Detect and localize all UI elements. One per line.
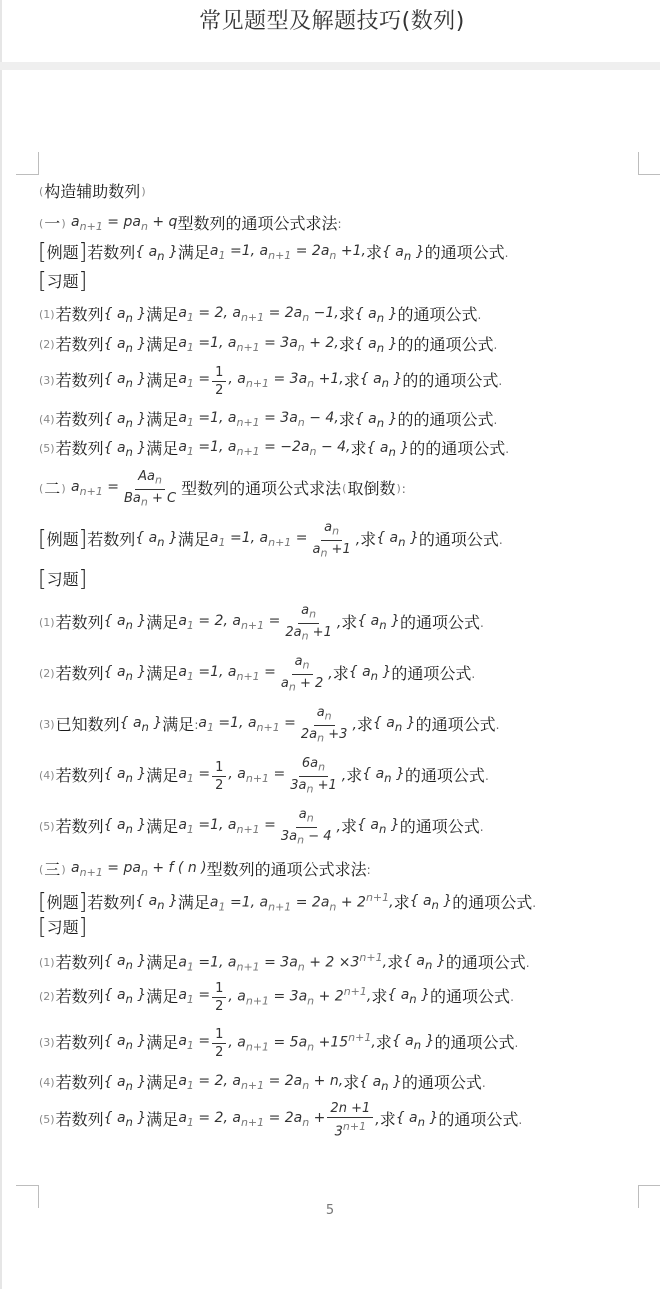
text: 的通项公式 bbox=[405, 766, 485, 786]
text: 满足 bbox=[146, 1033, 178, 1053]
exercise-tag: 习题 bbox=[47, 918, 79, 938]
s2-exercise-4: (4)若数列 { an }满足 a1 =12 , an+1 = 6an3an +… bbox=[38, 756, 489, 796]
text: 求 bbox=[343, 1073, 359, 1093]
s1-exercise-3: (3)若数列 { an }满足 a1 =12 , an+1 = 3an +1, … bbox=[38, 362, 502, 400]
s1-exercise-4: (4)若数列 { an }满足 a1 =1, an+1 = 3an − 4, 求… bbox=[38, 408, 497, 433]
text: 满足 bbox=[178, 893, 210, 913]
text: 若数列 bbox=[56, 335, 104, 355]
text: 若数列 bbox=[56, 953, 104, 973]
text: 的通项公式 bbox=[446, 953, 526, 973]
text: 满足 bbox=[146, 817, 178, 837]
page-number: 5 bbox=[0, 1203, 660, 1218]
text: 满足 bbox=[146, 987, 178, 1007]
text: 求 bbox=[380, 1110, 396, 1130]
text: 满足 bbox=[146, 410, 178, 430]
page-gap bbox=[0, 62, 660, 70]
text: 若数列 bbox=[56, 371, 104, 391]
text: 的通项公式 bbox=[419, 530, 499, 550]
example-tag: 例题 bbox=[47, 893, 79, 913]
text: 满足 bbox=[162, 715, 194, 735]
section-2-title: (二) an+1 = AanBan + C 型数列的通项公式求法 (取倒数): bbox=[38, 470, 406, 508]
text: 求 bbox=[394, 893, 410, 913]
text: 的通项公式 bbox=[402, 1073, 482, 1093]
text: 求 bbox=[339, 305, 355, 325]
text: 若数列 bbox=[56, 1073, 104, 1093]
text: 求 bbox=[351, 439, 367, 459]
text: 求 bbox=[333, 664, 349, 684]
text: 若数列 bbox=[56, 817, 104, 837]
text: 若数列 bbox=[87, 530, 135, 550]
text: 求 bbox=[387, 953, 403, 973]
s2-exercise-3: (3)已知数列 { an }满足: a1 =1, an+1 = an2an +3… bbox=[38, 705, 499, 745]
document-header: 常见题型及解题技巧(数列) bbox=[0, 0, 660, 62]
text: 若数列 bbox=[87, 893, 135, 913]
section-2-type-text: 型数列的通项公式求法 bbox=[181, 479, 341, 499]
heading: (构造辅助数列) bbox=[38, 182, 147, 202]
section-1-title: (一) an+1 = pan + q 型数列的通项公式求法: bbox=[38, 212, 342, 237]
text: 求 bbox=[339, 335, 355, 355]
text: 求 bbox=[341, 817, 357, 837]
s3-exercise-3: (3)若数列 { an }满足 a1 =12 , an+1 = 5an +15n… bbox=[38, 1024, 518, 1062]
text: 的的通项公式 bbox=[397, 335, 493, 355]
text: 满足 bbox=[146, 305, 178, 325]
text: 满足 bbox=[146, 371, 178, 391]
exercise-tag: 习题 bbox=[47, 272, 79, 292]
text: 求 bbox=[339, 410, 355, 430]
s2-exercise-1: (1)若数列 { an }满足 a1 = 2, an+1 = an2an +1 … bbox=[38, 603, 484, 643]
section-2-exercise-tag: [习题] bbox=[38, 570, 87, 590]
exercise-tag: 习题 bbox=[47, 570, 79, 590]
section-3-example: [例题] 若数列 { an }满足 a1 =1, an+1 = 2an + 2n… bbox=[38, 888, 536, 917]
section-3-exercise-tag: [习题] bbox=[38, 918, 87, 938]
text: 满足 bbox=[146, 1110, 178, 1130]
text: 求 bbox=[376, 1033, 392, 1053]
heading-text: 构造辅助数列 bbox=[44, 182, 140, 202]
section-1-type-text: 型数列的通项公式求法 bbox=[177, 214, 337, 234]
section-3-title: (三) an+1 = pan + f ( n ) 型数列的通项公式求法: bbox=[38, 858, 371, 883]
crop-mark-top-right bbox=[638, 152, 660, 175]
section-3-label: 三 bbox=[44, 860, 60, 880]
text: 满足 bbox=[146, 664, 178, 684]
section-1-label: 一 bbox=[44, 214, 60, 234]
text: 的通项公式 bbox=[438, 1110, 518, 1130]
text: 若数列 bbox=[56, 1033, 104, 1053]
text: 满足 bbox=[178, 243, 210, 263]
section-1-exercise-tag: [习题] bbox=[38, 272, 87, 292]
text: 满足 bbox=[146, 439, 178, 459]
text: 的通项公式 bbox=[416, 715, 496, 735]
s3-exercise-1: (1)若数列 { an }满足 a1 =1, an+1 = 3an + 2 ×3… bbox=[38, 948, 530, 977]
document-title: 常见题型及解题技巧(数列) bbox=[2, 4, 660, 35]
text: 若数列 bbox=[56, 1110, 104, 1130]
text: 求 bbox=[344, 371, 360, 391]
text: 若数列 bbox=[56, 410, 104, 430]
text: 若数列 bbox=[56, 305, 104, 325]
s2-exercise-5: (5)若数列 { an }满足 a1 =1, an+1 = an3an − 4 … bbox=[38, 807, 484, 847]
text: 已知数列 bbox=[56, 715, 120, 735]
text: 求 bbox=[360, 530, 376, 550]
text: 若数列 bbox=[56, 613, 104, 633]
crop-mark-top-left bbox=[16, 152, 39, 175]
text: 的通项公式 bbox=[400, 817, 480, 837]
text: 的的通项公式 bbox=[397, 410, 493, 430]
text: 若数列 bbox=[56, 664, 104, 684]
text: 若数列 bbox=[87, 243, 135, 263]
section-2-note: 取倒数 bbox=[347, 479, 395, 499]
text: 满足 bbox=[146, 1073, 178, 1093]
text: 满足 bbox=[178, 530, 210, 550]
s3-exercise-4: (4)若数列 { an }满足 a1 = 2, an+1 = 2an + n, … bbox=[38, 1071, 486, 1096]
section-3-type-text: 型数列的通项公式求法 bbox=[207, 860, 367, 880]
text: 的的通项公式 bbox=[402, 371, 498, 391]
example-tag: 例题 bbox=[47, 530, 79, 550]
text: 求 bbox=[357, 715, 373, 735]
text: 满足 bbox=[146, 953, 178, 973]
s1-exercise-5: (5)若数列 { an }满足 a1 =1, an+1 = −2an − 4, … bbox=[38, 437, 509, 462]
section-2-label: 二 bbox=[44, 479, 60, 499]
text: 的通项公式 bbox=[452, 893, 532, 913]
text: 满足 bbox=[146, 335, 178, 355]
text: 的通项公式 bbox=[430, 987, 510, 1007]
s1-exercise-1: (1)若数列 { an }满足 a1 = 2, an+1 = 2an −1, 求… bbox=[38, 303, 481, 328]
s3-exercise-2: (2)若数列 { an }满足 a1 =12 , an+1 = 3an + 2n… bbox=[38, 978, 514, 1016]
text: 求 bbox=[366, 243, 382, 263]
text: 满足 bbox=[146, 766, 178, 786]
section-2-example: [例题] 若数列 { an }满足 a1 =1, an+1 = anan +1 … bbox=[38, 520, 503, 560]
text: 的通项公式 bbox=[425, 243, 505, 263]
example-tag: 例题 bbox=[47, 243, 79, 263]
section-1-example: [例题] 若数列 { an } 满足 a1 =1, an+1 = 2an +1,… bbox=[38, 241, 508, 266]
text: 的的通项公式 bbox=[409, 439, 505, 459]
text: 的通项公式 bbox=[391, 664, 471, 684]
text: 若数列 bbox=[56, 439, 104, 459]
text: 若数列 bbox=[56, 766, 104, 786]
s1-exercise-2: (2)若数列 { an }满足 a1 =1, an+1 = 3an + 2, 求… bbox=[38, 333, 497, 358]
text: 求 bbox=[341, 613, 357, 633]
s2-exercise-2: (2)若数列 { an }满足 a1 =1, an+1 = anan + 2 ,… bbox=[38, 654, 475, 694]
text: 若数列 bbox=[56, 987, 104, 1007]
text: 的通项公式 bbox=[400, 613, 480, 633]
text: 的通项公式 bbox=[435, 1033, 515, 1053]
s3-exercise-5: (5)若数列 { an }满足 a1 = 2, an+1 = 2an + 2n … bbox=[38, 1100, 522, 1140]
text: 满足 bbox=[146, 613, 178, 633]
text: 的通项公式 bbox=[397, 305, 477, 325]
text: 求 bbox=[371, 987, 387, 1007]
text: 求 bbox=[346, 766, 362, 786]
